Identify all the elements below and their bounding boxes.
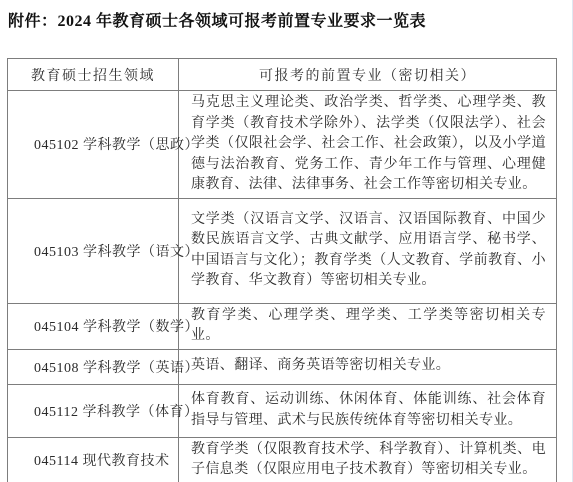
document-page: 附件：2024 年教育硕士各领域可报考前置专业要求一览表 教育硕士招生领域 可报… [0,0,573,482]
table-row: 045103 学科教学（语文） 文学类（汉语言文学、汉语言、汉语国际教育、中国少… [8,198,557,303]
field-cell: 045104 学科教学（数学） [8,303,179,349]
majors-cell: 教育学类（仅限教育技术学、科学教育）、计算机类、电子信息类（仅限应用电子技术教育… [179,437,557,482]
majors-cell: 教育学类、心理学类、理学类、工学类等密切相关专业。 [179,303,557,349]
field-cell: 045102 学科教学（思政） [8,91,179,199]
page-title: 附件：2024 年教育硕士各领域可报考前置专业要求一览表 [8,8,568,31]
field-cell: 045114 现代教育技术 [8,437,179,482]
table-row: 045102 学科教学（思政） 马克思主义理论类、政治学类、哲学类、心理学类、教… [8,91,557,199]
table-row: 045112 学科教学（体育） 体育教育、运动训练、休闲体育、体能训练、社会体育… [8,384,557,437]
majors-cell: 文学类（汉语言文学、汉语言、汉语国际教育、中国少数民族语言文学、古典文献学、应用… [179,198,557,303]
table-row: 045114 现代教育技术 教育学类（仅限教育技术学、科学教育）、计算机类、电子… [8,437,557,482]
table-row: 045104 学科教学（数学） 教育学类、心理学类、理学类、工学类等密切相关专业… [8,303,557,349]
table-header-field: 教育硕士招生领域 [8,59,179,91]
table-row: 045108 学科教学（英语） 英语、翻译、商务英语等密切相关专业。 [8,349,557,384]
table-header-row: 教育硕士招生领域 可报考的前置专业（密切相关） [8,59,557,91]
majors-cell: 英语、翻译、商务英语等密切相关专业。 [179,349,557,384]
majors-table: 教育硕士招生领域 可报考的前置专业（密切相关） 045102 学科教学（思政） … [7,58,557,482]
table-header-majors: 可报考的前置专业（密切相关） [179,59,557,91]
field-cell: 045112 学科教学（体育） [8,384,179,437]
majors-cell: 体育教育、运动训练、休闲体育、体能训练、社会体育指导与管理、武术与民族传统体育等… [179,384,557,437]
field-cell: 045103 学科教学（语文） [8,198,179,303]
majors-cell: 马克思主义理论类、政治学类、哲学类、心理学类、教育学类（教育技术学除外）、法学类… [179,91,557,199]
field-cell: 045108 学科教学（英语） [8,349,179,384]
